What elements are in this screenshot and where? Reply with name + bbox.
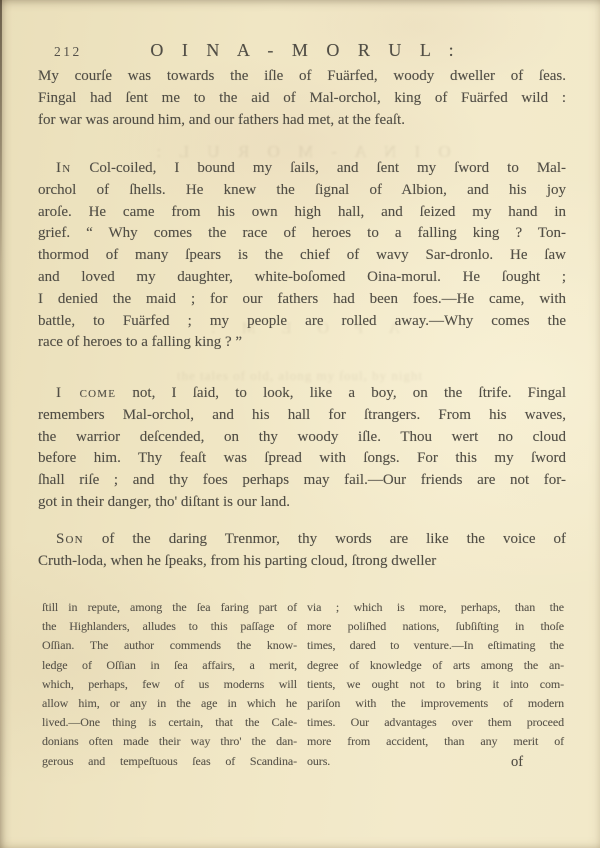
footnote-line: the Highlanders, alludes to this paſſage… (42, 617, 297, 636)
paragraph: My courſe was towards the iſle of Fuärfe… (38, 66, 566, 131)
text-line: before him. Thy feaſt was ſpread with ſo… (38, 448, 566, 470)
small-caps-lead: I come (56, 385, 116, 401)
footnote-line: degree of knowledge of arts among the an… (307, 656, 564, 675)
scan-edge-shadow (0, 0, 2, 265)
text-line: aroſe. He came from his own high hall, a… (38, 202, 566, 224)
footnote-column-left: ſtill in repute, among the ſea faring pa… (42, 598, 297, 771)
text-line: race of heroes to a falling king ? ” (38, 332, 566, 354)
small-caps-lead: Son (56, 531, 84, 547)
text-line: In Col-coiled, I bound my ſails, and ſen… (38, 158, 566, 180)
footnote-column-right: via ; which is more, perhaps, than themo… (307, 598, 564, 771)
footnote-line: pariſon with the improvements of modern (307, 694, 564, 713)
footnote-line: ledge of Oſſian in ſea affairs, a merit, (42, 656, 297, 675)
book-page: O I N A - M O R U L : A P O E M : the ta… (0, 0, 600, 848)
text-line: got in their danger, tho' diſtant is our… (38, 492, 566, 514)
footnote-line: allow him, or any in the age in which he (42, 694, 297, 713)
running-title: O I N A - M O R U L : (38, 40, 566, 61)
footnote-line: ſtill in repute, among the ſea faring pa… (42, 598, 297, 617)
text-line: Cruth-loda, when he ſpeaks, from his par… (38, 551, 566, 573)
paragraph: Son of the daring Trenmor, thy words are… (38, 529, 566, 573)
page-header: 212 O I N A - M O R U L : (38, 40, 566, 62)
text-line: I denied the maid ; for our fathers had … (38, 289, 566, 311)
page-number: 212 (54, 44, 82, 60)
show-through-text-fragment: the tales of old, along my ſoul, by nigh… (0, 368, 600, 384)
paragraph: In Col-coiled, I bound my ſails, and ſen… (38, 158, 566, 354)
text-line: grief. “ Why comes the race of heroes to… (38, 223, 566, 245)
text-line: Son of the daring Trenmor, thy words are… (38, 529, 566, 551)
text-line: Fingal had ſent me to the aid of Mal-orc… (38, 88, 566, 110)
text-line: battle, to Fuärfed ; my people are rolle… (38, 311, 566, 333)
footnote-line: tients, we ought not to bring it into co… (307, 675, 564, 694)
text-line: My courſe was towards the iſle of Fuärfe… (38, 66, 566, 88)
text-line: orchol of ſhells. He knew the ſignal of … (38, 180, 566, 202)
text-line: and loved my daughter, white-boſomed Oin… (38, 267, 566, 289)
footnote-line: via ; which is more, perhaps, than the (307, 598, 564, 617)
paragraph: I come not, I ſaid, to look, like a boy,… (38, 383, 566, 514)
footnote-line: Oſſian. The author commends the know- (42, 636, 297, 655)
text-line: remembers Mal-orchol, and his hall for ſ… (38, 405, 566, 427)
footnote-line: ours. (307, 752, 564, 771)
footnote-line: gerous and tempeſtuous ſeas of Scandina- (42, 752, 297, 771)
footnote-line: times. Our advantages over them proceed (307, 713, 564, 732)
text-line: ſhall riſe ; and thy foes perhaps may fa… (38, 470, 566, 492)
small-caps-lead: In (56, 160, 71, 176)
footnote-line: more from accident, than any merit of (307, 732, 564, 751)
catchword: of (511, 754, 523, 771)
footnote-line: more poliſhed nations, ſubſiſting in tho… (307, 617, 564, 636)
footnote-line: which, perhaps, few of us moderns will (42, 675, 297, 694)
text-line: thormod of many ſpears is the chief of w… (38, 245, 566, 267)
text-line: I come not, I ſaid, to look, like a boy,… (38, 383, 566, 405)
text-line: the warrior deſcended, on thy woody iſle… (38, 427, 566, 449)
footnote-line: lived.—One thing is certain, that the Ca… (42, 713, 297, 732)
footnote-line: times, dared to venture.—In eſtimating t… (307, 636, 564, 655)
text-line: for war was around him, and our fathers … (38, 110, 566, 132)
footnote-line: donians often made their way thro' the d… (42, 732, 297, 751)
